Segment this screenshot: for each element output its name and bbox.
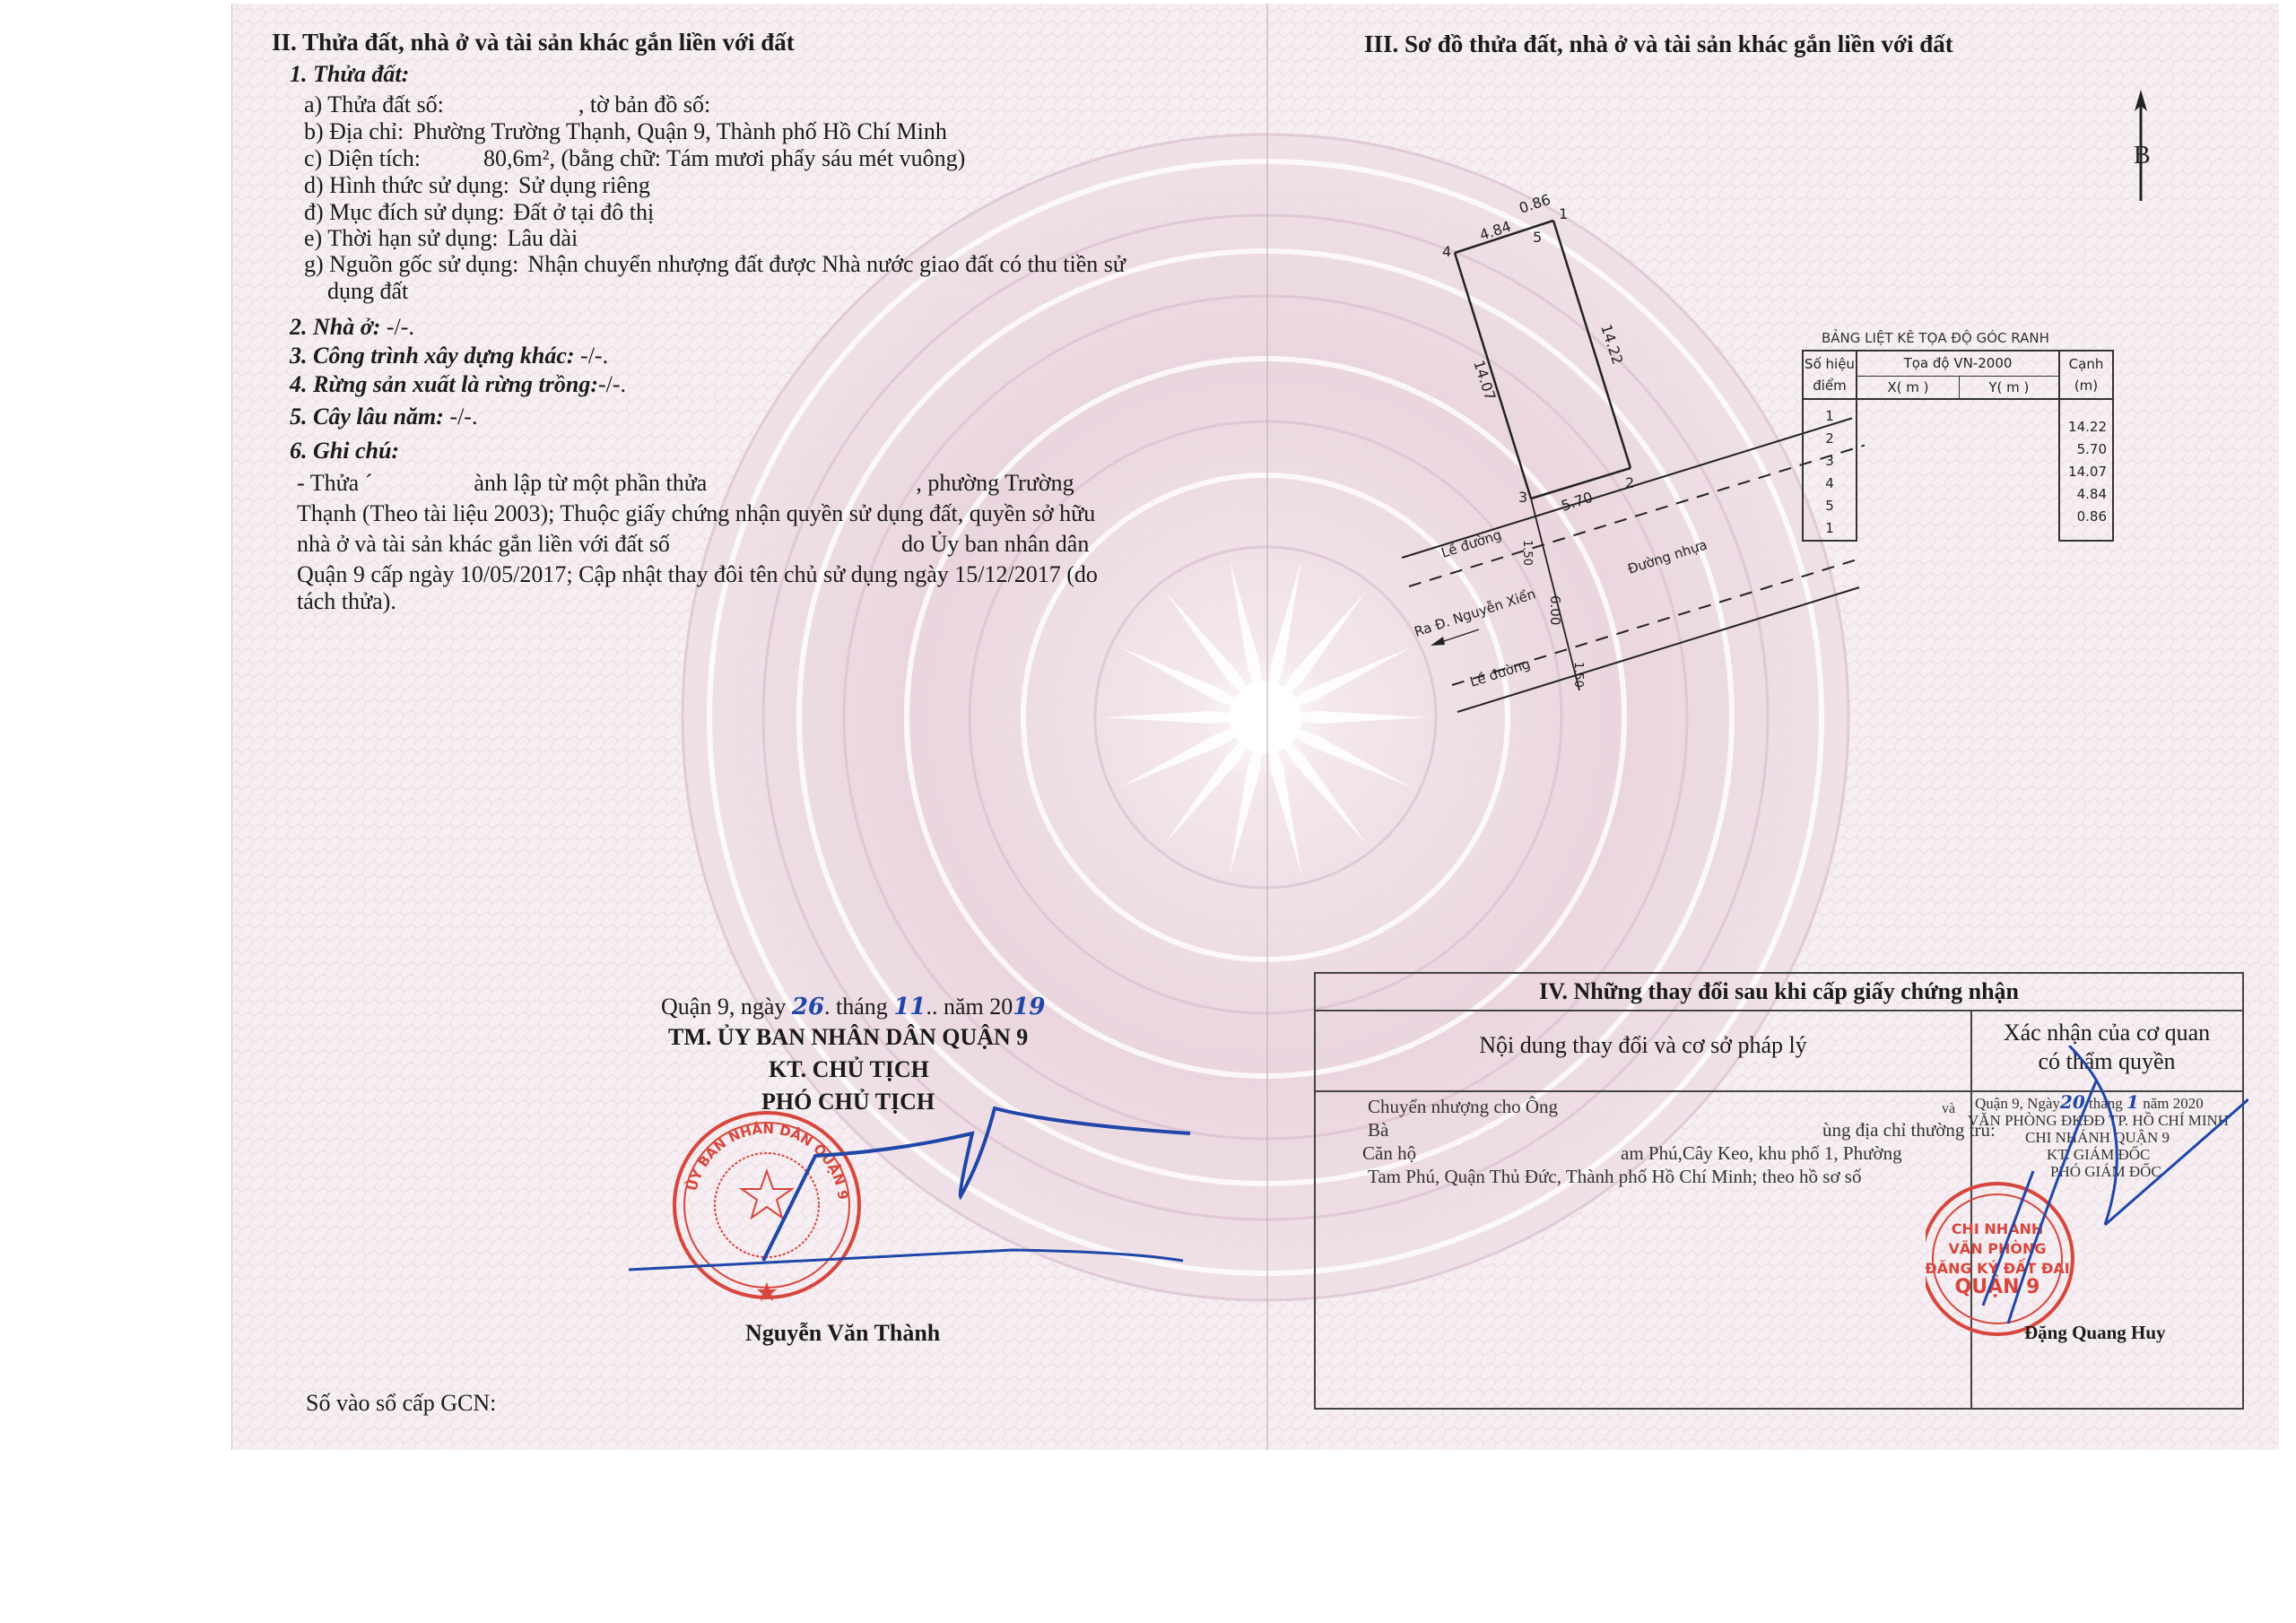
road-label: Đường nhựa	[1626, 536, 1709, 577]
section-iv-title: IV. Những thay đổi sau khi cấp giấy chứn…	[1316, 974, 2242, 1011]
col-edge-header: Cạnh(m)	[2059, 351, 2113, 399]
col-coord-header: Tọa độ VN-2000	[1857, 351, 2059, 376]
notes-text: do Ủy ban nhân dân	[901, 531, 1089, 557]
perennial-line: 5. Cây lâu năm: -/-.	[290, 404, 477, 430]
land-item-value: Phường Trường Thạnh, Quận 9, Thành phố H…	[413, 118, 947, 144]
changes-table: IV. Những thay đổi sau khi cấp giấy chứn…	[1314, 972, 2244, 1410]
land-item-value: Đất ở tại đô thị	[514, 199, 655, 225]
notes-line-1: - Thửa ´ ành lập từ một phần thửa , phườ…	[297, 470, 1074, 497]
notes-heading: 6. Ghi chú:	[290, 438, 399, 464]
point-id: 2	[1804, 428, 1856, 450]
land-item-label: b) Địa chỉ:	[304, 118, 404, 144]
other-construction-label: 3. Công trình xây dựng khác:	[290, 343, 575, 369]
change-line-3: Căn hộ	[1362, 1142, 1416, 1165]
coord-table-title: BẢNG LIỆT KÊ TỌA ĐỘ GÓC RANH	[1822, 330, 2049, 346]
edge-list: 14.225.7014.074.840.86	[2059, 399, 2113, 541]
land-item-label: d) Hình thức sử dụng:	[304, 172, 509, 198]
point-label: 1	[1559, 205, 1568, 222]
change-line-4: Tam Phú, Quận Thủ Đức, Thành phố Hồ Chí …	[1368, 1166, 1861, 1188]
notes-line-4: Quận 9 cấp ngày 10/05/2017; Cập nhật tha…	[297, 561, 1098, 588]
confirm-signer: Đặng Quang Huy	[2024, 1322, 2166, 1344]
confirm-seal-and-signature: CHI NHÁNHVĂN PHÒNGĐĂNG KÝ ĐẤT ĐAIQUẬN 9	[1926, 1046, 2248, 1368]
other-construction-line: 3. Công trình xây dựng khác: -/-.	[290, 343, 608, 369]
svg-text:QUẬN 9: QUẬN 9	[1955, 1274, 2040, 1298]
official-seal-and-signature: ỦY BAN NHÂN DÂN QUẬN 9 T.P HỒ CHÍ MINH	[627, 1107, 1201, 1313]
col-point-header: Số hiệuđiểm	[1803, 351, 1857, 399]
production-forest-value: -/-.	[598, 371, 626, 397]
road-label: Lề đường	[1439, 526, 1504, 561]
land-item-suffix: , tờ bản đồ số:	[578, 91, 710, 117]
land-item-label: g) Nguồn gốc sử dụng:	[304, 251, 518, 277]
issue-date: Quận 9, ngày 26. tháng 11.. năm 2019	[661, 994, 1045, 1020]
edge-length: 5.70	[2060, 438, 2112, 461]
land-item: a) Thửa đất số:, tờ bản đồ số:	[304, 91, 710, 118]
section-iii-title: III. Sơ đồ thửa đất, nhà ở và tài sản kh…	[1364, 30, 1953, 58]
y-values	[1959, 399, 2059, 541]
road-width-label: 6.00	[1547, 595, 1563, 625]
date-year-label: năm 20	[944, 994, 1013, 1020]
arrow-left-icon	[1431, 637, 1445, 646]
issuer-role-1: KT. CHỦ TỊCH	[769, 1056, 929, 1083]
col-content-header: Nội dung thay đổi và cơ sở pháp lý	[1316, 1031, 1970, 1060]
certificate-page: II. Thửa đất, nhà ở và tài sản khác gắn …	[231, 4, 2279, 1450]
notes-text: , phường Trường	[916, 470, 1074, 496]
land-item-label: c) Diện tích:	[304, 145, 421, 171]
point-label: 4	[1442, 243, 1451, 260]
notes-line-2: Thạnh (Theo tài liệu 2003); Thuộc giấy c…	[297, 500, 1095, 527]
land-item-label: đ) Mục đích sử dụng:	[304, 199, 505, 225]
section-ii-title: II. Thửa đất, nhà ở và tài sản khác gắn …	[272, 29, 795, 56]
x-values	[1857, 399, 1959, 541]
land-item-value: Lâu dài	[508, 225, 578, 251]
point-label: 5	[1533, 229, 1542, 246]
edge-length: 0.86	[2060, 506, 2112, 528]
notes-line-5: tách thửa).	[297, 588, 396, 615]
notes-text: ành lập từ một phần thửa	[474, 470, 707, 496]
register-number-label: Số vào sổ cấp GCN:	[306, 1390, 496, 1417]
north-arrow: B	[2125, 88, 2161, 204]
land-item: g) Nguồn gốc sử dụng:Nhận chuyển nhượng …	[304, 251, 1126, 278]
land-item: e) Thời hạn sử dụng:Lâu dài	[304, 225, 578, 252]
house-value: -/-.	[387, 314, 414, 340]
land-item-value-cont: dụng đất	[327, 278, 408, 305]
edge-length: 14.22	[2060, 416, 2112, 438]
red-seal-icon: ỦY BAN NHÂN DÂN QUẬN 9 T.P HỒ CHÍ MINH	[627, 1107, 859, 1301]
north-label: B	[2134, 142, 2151, 169]
other-construction-value: -/-.	[580, 343, 608, 369]
land-item: đ) Mục đích sử dụng:Đất ở tại đô thị	[304, 199, 654, 226]
land-item-value: Nhận chuyển nhượng đất được Nhà nước gia…	[527, 251, 1126, 277]
change-line-2: Bà	[1368, 1119, 1388, 1141]
point-id: 1	[1804, 517, 1856, 540]
production-forest-label: 4. Rừng sản xuất là rừng trồng:	[290, 371, 598, 397]
date-month: 11	[893, 994, 926, 1020]
land-item: d) Hình thức sử dụng:Sử dụng riêng	[304, 172, 650, 199]
date-month-label: tháng	[836, 994, 888, 1020]
road-width-label: 1.50	[1520, 540, 1534, 566]
land-item: c) Diện tích:80,6m², (bằng chữ: Tám mươi…	[304, 145, 965, 172]
production-forest-line: 4. Rừng sản xuất là rừng trồng:-/-.	[290, 371, 626, 398]
road-label: Lề đường	[1468, 655, 1533, 690]
issuer-org: TM. ỦY BAN NHÂN DÂN QUẬN 9	[668, 1024, 1028, 1051]
point-id: 5	[1804, 495, 1856, 517]
change-line-1: Chuyển nhượng cho Ông	[1368, 1096, 1558, 1118]
notes-text: nhà ở và tài sản khác gắn liền với đất s…	[297, 531, 670, 557]
date-prefix: Quận 9, ngày	[661, 994, 786, 1020]
point-label: 3	[1518, 489, 1527, 506]
point-id: 1	[1804, 405, 1856, 428]
change-line-3-tail: am Phú,Cây Keo, khu phố 1, Phường	[1621, 1142, 1902, 1165]
col-confirm-line-1: Xác nhận của cơ quan	[1972, 1019, 2241, 1047]
land-item-value: 80,6m², (bằng chữ: Tám mươi phẩy sáu mét…	[483, 145, 965, 171]
edge-label: 14.22	[1597, 322, 1626, 366]
land-item-value: Sử dụng riêng	[518, 172, 650, 198]
signer-name: Nguyễn Văn Thành	[745, 1320, 940, 1347]
edge-label: 5.70	[1559, 489, 1595, 515]
point-id: 3	[1804, 450, 1856, 473]
col-y-header: Y( m )	[1959, 376, 2059, 399]
perennial-label: 5. Cây lâu năm:	[290, 404, 444, 430]
col-x-header: X( m )	[1857, 376, 1959, 399]
date-day: 26	[792, 994, 824, 1020]
svg-text:CHI NHÁNH: CHI NHÁNH	[1952, 1220, 2044, 1237]
land-item-label: e) Thời hạn sử dụng:	[304, 225, 499, 251]
notes-line-3: nhà ở và tài sản khác gắn liền với đất s…	[297, 531, 1089, 558]
road-label: Ra Đ. Nguyễn Xiển	[1413, 586, 1538, 640]
road-width-label: 1.50	[1571, 662, 1585, 688]
edge-length: 14.07	[2060, 461, 2112, 483]
land-item: b) Địa chỉ:Phường Trường Thạnh, Quận 9, …	[304, 118, 947, 145]
house-line: 2. Nhà ở: -/-.	[290, 314, 414, 341]
point-label: 2	[1625, 474, 1634, 491]
edge-label: 0.86	[1517, 191, 1552, 217]
notes-text: - Thửa ´	[297, 470, 372, 496]
coord-table: Số hiệuđiểm Tọa độ VN-2000 Cạnh(m) X( m …	[1802, 350, 2114, 542]
perennial-value: -/-.	[449, 404, 477, 430]
land-item-label: a) Thửa đất số:	[304, 91, 444, 117]
edge-length: 4.84	[2060, 483, 2112, 506]
point-id: 4	[1804, 473, 1856, 495]
land-heading: 1. Thửa đất:	[290, 61, 409, 88]
house-label: 2. Nhà ở:	[290, 314, 380, 340]
point-list: 123451	[1803, 399, 1857, 541]
date-year: 19	[1013, 994, 1045, 1020]
